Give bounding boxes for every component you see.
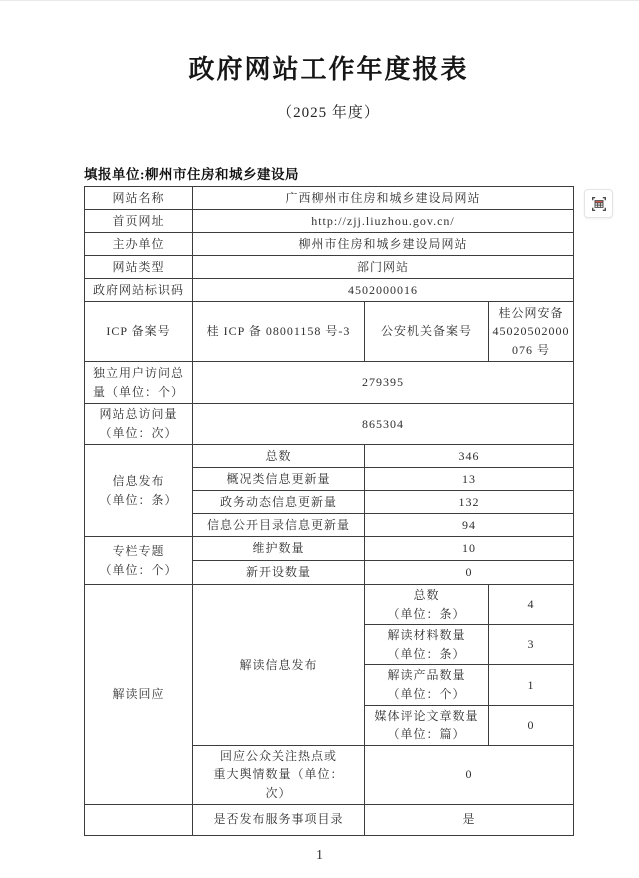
table-row: 解读回应 解读信息发布 总数 （单位：条） 4 [85,585,574,625]
police-record-label: 公安机关备案号 [365,302,489,362]
organizer-value: 柳州市住房和城乡建设局网站 [193,233,574,256]
annual-report-table: 网站名称 广西柳州市住房和城乡建设局网站 首页网址 http://zjj.liu… [84,186,574,836]
table-row: 信息发布 （单位：条） 总数 346 [85,445,574,468]
page-number: 1 [0,848,639,864]
info-total-label: 总数 [193,445,365,468]
table-row: 网站总访问量 （单位：次） 865304 [85,404,574,445]
info-publish-section-label: 信息发布 （单位：条） [85,445,193,537]
unique-visitors-value: 279395 [193,362,574,404]
new-open-count-value: 0 [365,561,574,585]
media-comment-value: 0 [489,705,574,745]
media-comment-label: 媒体评论文章数量 （单位：篇） [365,705,489,745]
page-subtitle: （2025 年度） [84,101,573,122]
table-capture-button[interactable] [584,189,613,218]
new-open-count-label: 新开设数量 [193,561,365,585]
interpret-publish-label: 解读信息发布 [193,585,365,746]
overview-update-label: 概况类信息更新量 [193,468,365,491]
home-url-label: 首页网址 [85,210,193,233]
table-row: 主办单位 柳州市住房和城乡建设局网站 [85,233,574,256]
open-catalog-update-label: 信息公开目录信息更新量 [193,514,365,537]
site-name-label: 网站名称 [85,187,193,210]
home-url-value: http://zjj.liuzhou.gov.cn/ [193,210,574,233]
open-catalog-update-value: 94 [365,514,574,537]
gov-news-update-label: 政务动态信息更新量 [193,491,365,514]
interpret-product-value: 1 [489,665,574,705]
service-catalog-label: 是否发布服务事项目录 [193,804,365,835]
overview-update-value: 13 [365,468,574,491]
interpret-total-label: 总数 （单位：条） [365,585,489,625]
site-id-label: 政府网站标识码 [85,279,193,302]
table-row: ICP 备案号 桂 ICP 备 08001158 号-3 公安机关备案号 桂公网… [85,302,574,362]
gov-news-update-value: 132 [365,491,574,514]
icp-label: ICP 备案号 [85,302,193,362]
table-row: 首页网址 http://zjj.liuzhou.gov.cn/ [85,210,574,233]
report-page: 政府网站工作年度报表 （2025 年度） 填报单位:柳州市住房和城乡建设局 网站… [0,0,639,878]
table-row: 网站类型 部门网站 [85,256,574,279]
interpret-product-label: 解读产品数量 （单位：个） [365,665,489,705]
unique-visitors-label: 独立用户访问总 量（单位：个） [85,362,193,404]
maintain-count-value: 10 [365,537,574,561]
info-total-value: 346 [365,445,574,468]
total-visits-value: 865304 [193,404,574,445]
page-title: 政府网站工作年度报表 [84,49,573,86]
table-row: 政府网站标识码 4502000016 [85,279,574,302]
response-section-label: 解读回应 [85,585,193,805]
interpret-total-value: 4 [489,585,574,625]
site-type-label: 网站类型 [85,256,193,279]
table-row: 是否发布服务事项目录 是 [85,804,574,835]
site-id-value: 4502000016 [193,279,574,302]
organizer-label: 主办单位 [85,233,193,256]
table-row: 专栏专题 （单位：个） 维护数量 10 [85,537,574,561]
table-row: 独立用户访问总 量（单位：个） 279395 [85,362,574,404]
maintain-count-label: 维护数量 [193,537,365,561]
hotspot-response-value: 0 [365,745,574,804]
service-catalog-value: 是 [365,804,574,835]
total-visits-label: 网站总访问量 （单位：次） [85,404,193,445]
site-name-value: 广西柳州市住房和城乡建设局网站 [193,187,574,210]
response-empty-cell [85,804,193,835]
table-capture-icon [591,196,607,212]
icp-value: 桂 ICP 备 08001158 号-3 [193,302,365,362]
interpret-material-label: 解读材料数量 （单位：条） [365,625,489,665]
police-record-value: 桂公网安备 45020502000 076 号 [489,302,574,362]
table-row: 网站名称 广西柳州市住房和城乡建设局网站 [85,187,574,210]
filling-unit-label: 填报单位:柳州市住房和城乡建设局 [84,163,299,183]
hotspot-response-label: 回应公众关注热点或 重大舆情数量（单位： 次） [193,745,365,804]
interpret-material-value: 3 [489,625,574,665]
site-type-value: 部门网站 [193,256,574,279]
special-column-section-label: 专栏专题 （单位：个） [85,537,193,585]
